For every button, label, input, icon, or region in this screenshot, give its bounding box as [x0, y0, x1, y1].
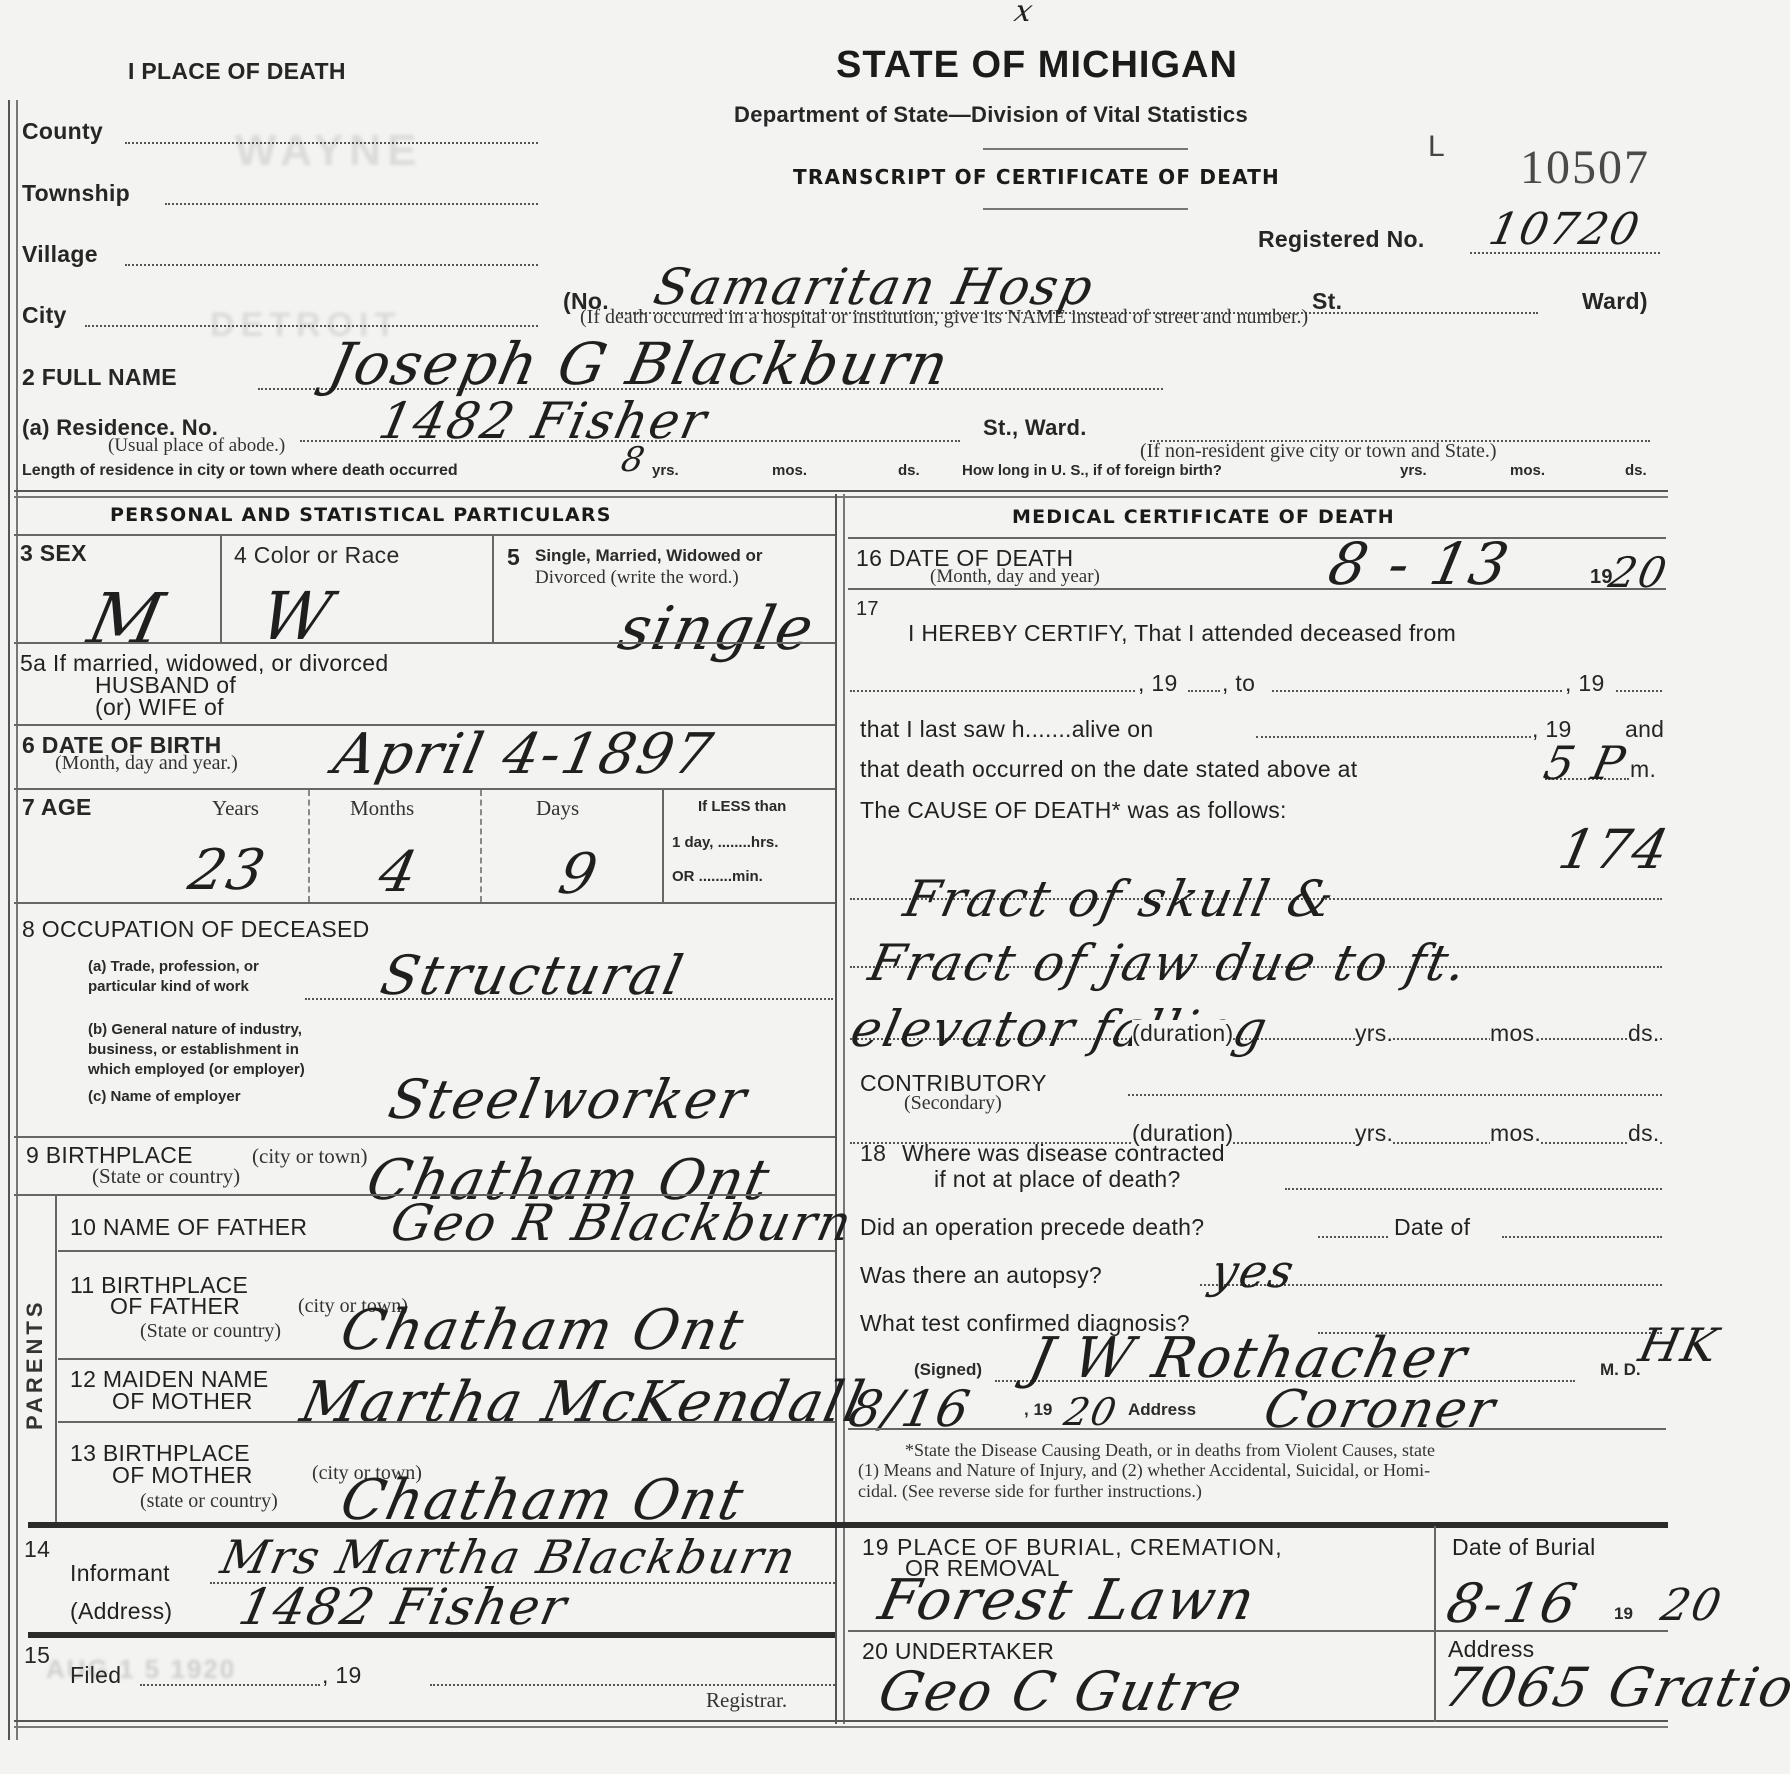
mother-name-label-2: OF MOTHER: [112, 1388, 253, 1415]
township-label: Township: [22, 180, 130, 207]
operation-date-line[interactable]: [1502, 1236, 1662, 1238]
birthplace-city-note: (city or town): [252, 1144, 367, 1169]
burial-date-label: Date of Burial: [1452, 1534, 1596, 1561]
sex-value[interactable]: M: [81, 578, 172, 660]
occ-a-label-1: (a) Trade, profession, or: [88, 958, 259, 975]
marital-value[interactable]: single: [613, 594, 822, 664]
occ-c-value[interactable]: Steelworker: [383, 1068, 753, 1131]
cause-code[interactable]: 174: [1553, 818, 1675, 881]
years-label: Years: [212, 796, 259, 821]
spouse-label-3: (or) WIFE of: [95, 694, 224, 721]
top-check-mark: x: [1011, 0, 1037, 29]
birthplace-state-note: (State or country): [92, 1164, 240, 1189]
contracted-label-2: if not at place of death?: [934, 1166, 1181, 1193]
death-date-rule: [848, 588, 1666, 590]
age-days-value[interactable]: 9: [553, 842, 604, 907]
ds-label-1: ds.: [1628, 1020, 1660, 1047]
autopsy-label: Was there an autopsy?: [860, 1262, 1102, 1289]
contracted-label-1: Where was disease contracted: [902, 1140, 1225, 1167]
mos-label: mos.: [772, 462, 807, 479]
father-birthplace-state: (State or country): [140, 1320, 281, 1343]
st-ward-label: St., Ward.: [983, 415, 1087, 441]
parents-vertical-label: PARENTS: [22, 1299, 48, 1431]
cause-label: The CAUSE OF DEATH* was as follows:: [860, 797, 1287, 824]
death-date-sub: (Month, day and year): [930, 566, 1100, 588]
to-19: , 19: [1565, 670, 1605, 697]
occupation-label: 8 OCCUPATION OF DECEASED: [22, 916, 370, 943]
informant-address-value[interactable]: 1482 Fisher: [234, 1578, 574, 1636]
attended-to-line[interactable]: [1272, 690, 1562, 692]
form-title: TRANSCRIPT OF CERTIFICATE OF DEATH: [793, 165, 1280, 189]
days-label: Days: [536, 796, 579, 821]
cause-value-1[interactable]: Fract of skull &: [899, 870, 1341, 928]
operation-label: Did an operation precede death?: [860, 1214, 1204, 1241]
how-long-us-label: How long in U. S., if of foreign birth?: [962, 462, 1222, 479]
filed-19: , 19: [322, 1662, 362, 1689]
autopsy-value[interactable]: yes: [1206, 1244, 1300, 1298]
signed-label: (Signed): [914, 1360, 982, 1380]
months-label: Months: [350, 796, 414, 821]
parents-divider: [55, 1196, 57, 1524]
registrar-label: Registrar.: [706, 1688, 787, 1713]
city-label: City: [22, 302, 67, 329]
less-than-2: 1 day, ........hrs.: [672, 834, 778, 851]
burial-year-prefix: 19: [1614, 1604, 1633, 1624]
death-occurred-label: that death occurred on the date stated a…: [860, 756, 1357, 783]
md-address-value[interactable]: Coroner: [1259, 1380, 1502, 1440]
medical-heading: MEDICAL CERTIFICATE OF DEATH: [1012, 506, 1395, 528]
father-birthplace-label-2: OF FATHER: [110, 1293, 240, 1320]
state-title: STATE OF MICHIGAN: [836, 44, 1238, 87]
date-of-label: Date of: [1394, 1214, 1470, 1241]
signed-address-rule: [848, 1428, 1666, 1430]
row7-rule: [14, 902, 835, 904]
initials-value[interactable]: HK: [1634, 1318, 1724, 1372]
informant-bottom-rule: [28, 1632, 835, 1638]
full-name-label: 2 FULL NAME: [22, 364, 177, 391]
parents-bottom-rule: [28, 1522, 1668, 1528]
occ-b-label-1: (b) General nature of industry,: [88, 1021, 302, 1038]
birth-date-sub: (Month, day and year.): [55, 752, 238, 775]
registrar-line[interactable]: [430, 1684, 835, 1686]
st-label: St.: [1312, 288, 1342, 315]
informant-label: Informant: [70, 1560, 170, 1587]
ds-label: ds.: [898, 462, 920, 479]
yrs-label: yrs.: [652, 462, 679, 479]
attended-from-line[interactable]: [850, 690, 1135, 692]
mos-label-1: mos.: [1490, 1020, 1541, 1047]
race-label: 4 Color or Race: [234, 542, 400, 569]
num-18: 18: [860, 1140, 886, 1167]
mos2-label: mos.: [1510, 462, 1545, 479]
from-19: , 19: [1138, 670, 1178, 697]
registered-no-label: Registered No.: [1258, 226, 1425, 253]
age-divider-2: [480, 790, 482, 902]
filed-stamp: AUG 1 5 1920: [46, 1654, 236, 1685]
less-than-1: If LESS than: [698, 798, 786, 815]
yrs-label-2: yrs.: [1355, 1120, 1393, 1147]
race-marital-divider: [492, 534, 494, 642]
ds-label-2: ds.: [1628, 1120, 1660, 1147]
title-rule-bottom: [983, 208, 1188, 210]
father-name-value[interactable]: Geo R Blackburn: [386, 1194, 859, 1252]
burial-date-value[interactable]: 8-16: [1441, 1572, 1584, 1635]
md-address-label: Address: [1128, 1400, 1196, 1420]
to-year-line[interactable]: [1616, 690, 1662, 692]
place-of-death-heading: I PLACE OF DEATH: [128, 58, 346, 85]
county-stamp: WAYNE: [235, 126, 422, 176]
row11-rule: [58, 1358, 835, 1360]
burial-date-divider: [1434, 1526, 1436, 1722]
secondary-label: (Secondary): [904, 1092, 1002, 1115]
marital-num: 5: [507, 544, 520, 571]
father-birthplace-value[interactable]: Chatham Ont: [335, 1298, 750, 1363]
num-17: 17: [856, 598, 879, 621]
full-name-value[interactable]: Joseph G Blackburn: [323, 330, 956, 398]
burial-rule: [848, 1630, 1668, 1632]
age-divider-3: [662, 790, 664, 902]
village-line[interactable]: [125, 264, 538, 266]
cause-value-2[interactable]: Fract of jaw due to ft.: [864, 934, 1474, 992]
ds2-label: ds.: [1625, 462, 1647, 479]
medical-heading-rule: [848, 537, 1666, 539]
center-divider: [835, 494, 845, 1724]
sex-race-divider: [220, 534, 222, 642]
undertaker-value[interactable]: Geo C Gutre: [873, 1660, 1249, 1723]
footnote-2: (1) Means and Nature of Injury, and (2) …: [858, 1460, 1430, 1481]
occ-b-label-2: business, or establishment in: [88, 1041, 299, 1058]
residence-value[interactable]: 1482 Fisher: [374, 392, 714, 450]
nonresident-note: (If non-resident give city or town and S…: [1140, 440, 1497, 463]
left-border: [8, 100, 18, 1740]
m-label: m.: [1630, 756, 1656, 783]
department-title: Department of State—Division of Vital St…: [734, 102, 1248, 128]
death-time-value[interactable]: 5 P: [1539, 736, 1631, 790]
undertaker-address-value[interactable]: 7065 Gratiot: [1438, 1656, 1790, 1719]
occ-a-value[interactable]: Structural: [375, 944, 690, 1007]
duration-label-1: (duration): [1132, 1020, 1233, 1047]
mother-name-value[interactable]: Martha McKendall: [295, 1370, 871, 1435]
row12-rule: [58, 1421, 835, 1423]
age-divider-1: [308, 790, 310, 902]
hospital-note: (If death occurred in a hospital or inst…: [580, 306, 1308, 329]
marital-label-1: Single, Married, Widowed or: [535, 546, 762, 566]
yrs-label-1: yrs.: [1355, 1020, 1393, 1047]
stamped-prefix: L: [1428, 130, 1445, 164]
mos-label-2: mos.: [1490, 1120, 1541, 1147]
township-line[interactable]: [165, 203, 538, 205]
from-year-line[interactable]: [1188, 690, 1220, 692]
contracted-line[interactable]: [1285, 1188, 1662, 1190]
row10-rule: [58, 1250, 835, 1252]
burial-place-value[interactable]: Forest Lawn: [873, 1568, 1262, 1633]
marital-label-2: Divorced (write the word.): [535, 567, 739, 589]
last-saw-label: that I last saw h.......alive on: [860, 716, 1153, 743]
occ-a-label-2: particular kind of work: [88, 978, 249, 995]
county-label: County: [22, 118, 103, 145]
sex-label: 3 SEX: [20, 540, 87, 567]
age-label: 7 AGE: [22, 794, 92, 821]
ward-label: Ward): [1582, 288, 1648, 315]
father-name-label: 10 NAME OF FATHER: [70, 1214, 307, 1241]
footnote-3: cidal. (See reverse side for further ins…: [858, 1481, 1202, 1502]
informant-num: 14: [24, 1536, 50, 1563]
title-rule-top: [983, 148, 1188, 150]
occ-c-label: (c) Name of employer: [88, 1088, 241, 1105]
age-months-value[interactable]: 4: [373, 840, 424, 905]
occ-b-label-3: which employed (or employer): [88, 1061, 305, 1078]
mother-birthplace-state: (state or country): [140, 1490, 278, 1513]
birth-date-value[interactable]: April 4-1897: [328, 722, 720, 787]
informant-address-label: (Address): [70, 1598, 172, 1625]
row3-rule: [14, 642, 835, 644]
personal-heading-rule: [14, 534, 835, 536]
mother-birthplace-label-2: OF MOTHER: [112, 1462, 253, 1489]
less-than-3: OR ........min.: [672, 868, 763, 885]
usual-place-note: (Usual place of abode.): [108, 435, 285, 457]
form-bottom-rule: [14, 1720, 1668, 1728]
row8-rule: [14, 1136, 835, 1138]
registered-no-value[interactable]: 10720: [1485, 204, 1646, 255]
operation-line[interactable]: [1318, 1236, 1388, 1238]
signed-year-prefix: , 19: [1024, 1400, 1052, 1420]
informant-value[interactable]: Mrs Martha Blackburn: [216, 1530, 802, 1584]
burial-year-value[interactable]: 20: [1657, 1580, 1728, 1631]
footnote-1: *State the Disease Causing Death, or in …: [905, 1440, 1435, 1461]
last-saw-line[interactable]: [1256, 736, 1531, 738]
village-label: Village: [22, 241, 98, 268]
yrs2-label: yrs.: [1400, 462, 1427, 479]
contributory-line[interactable]: [1128, 1094, 1662, 1096]
stamped-number: 10507: [1520, 140, 1650, 195]
to-label: , to: [1222, 670, 1255, 697]
age-years-value[interactable]: 23: [183, 838, 272, 903]
certify-line: I HEREBY CERTIFY, That I attended deceas…: [908, 620, 1456, 647]
personal-heading: PERSONAL AND STATISTICAL PARTICULARS: [110, 504, 612, 526]
row6-rule: [14, 788, 835, 790]
length-of-residence-label: Length of residence in city or town wher…: [22, 462, 458, 480]
